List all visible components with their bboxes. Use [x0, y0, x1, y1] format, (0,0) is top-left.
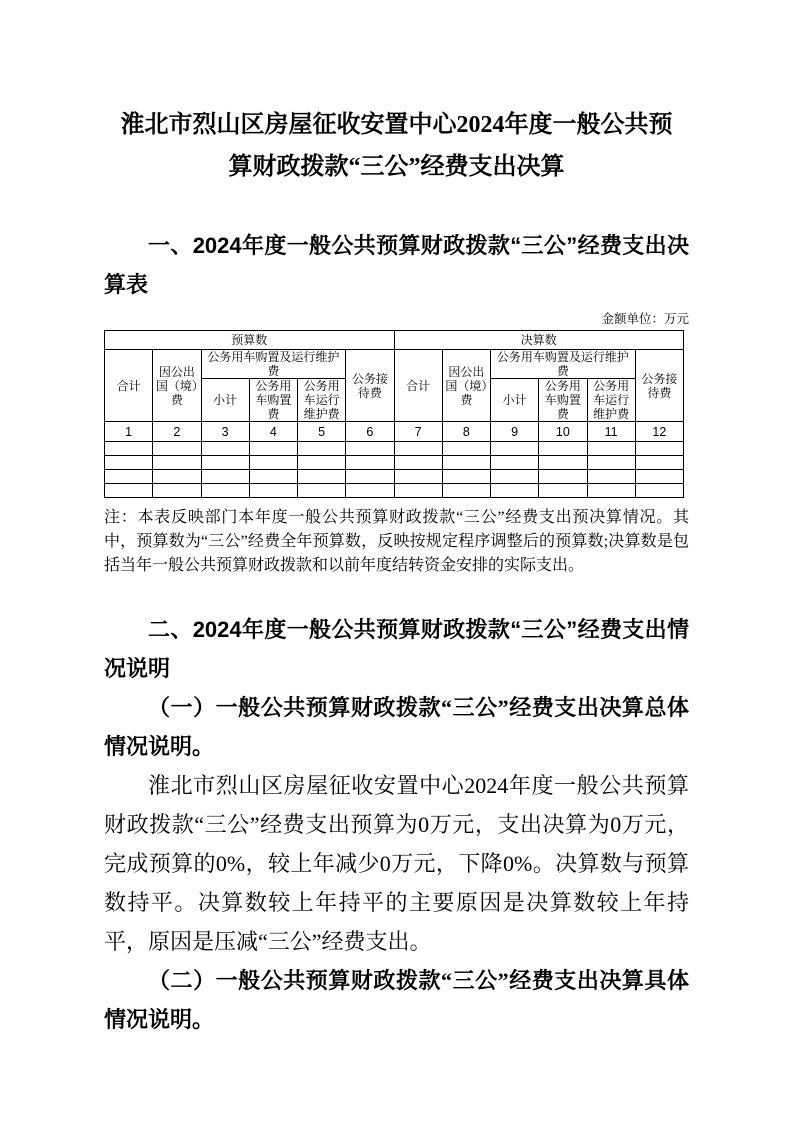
- table-empty-cell: [105, 470, 153, 484]
- column-index: 9: [491, 422, 539, 442]
- document-title-line-1: 淮北市烈山区房屋征收安置中心2024年度一般公共预: [110, 104, 684, 146]
- table-empty-cell: [394, 442, 442, 456]
- table-empty-cell: [105, 484, 153, 498]
- table-empty-cell: [201, 470, 249, 484]
- table-empty-cell: [539, 456, 587, 470]
- column-index: 1: [105, 422, 153, 442]
- table-empty-cell: [346, 456, 394, 470]
- table-empty-cell: [105, 442, 153, 456]
- table-empty-cell: [635, 484, 683, 498]
- table-empty-cell: [539, 442, 587, 456]
- column-index: 10: [539, 422, 587, 442]
- section-2-sub2-heading: （二）一般公共预算财政拨款“三公”经费支出决算具体情况说明。: [104, 961, 689, 1039]
- table-empty-cell: [298, 484, 346, 498]
- budget-abroad-header: 因公出国（境）费: [153, 350, 201, 422]
- table-empty-cell: [587, 456, 635, 470]
- table-empty-cell: [491, 470, 539, 484]
- budget-group-header: 预算数: [105, 331, 395, 350]
- table-empty-cell: [153, 470, 201, 484]
- table-empty-cell: [298, 470, 346, 484]
- budget-reception-header: 公务接待费: [346, 350, 394, 422]
- table-group-header-row: 预算数 决算数: [105, 331, 684, 350]
- column-index: 12: [635, 422, 683, 442]
- table-empty-cell: [201, 456, 249, 470]
- document-page: 淮北市烈山区房屋征收安置中心2024年度一般公共预 算财政拨款“三公”经费支出决…: [0, 0, 793, 1122]
- table-empty-cell: [346, 470, 394, 484]
- table-empty-row: [105, 442, 684, 456]
- table-empty-cell: [587, 470, 635, 484]
- table-empty-cell: [539, 470, 587, 484]
- section-1-heading: 一、2024年度一般公共预算财政拨款“三公”经费支出决算表: [104, 226, 689, 304]
- section-2-heading: 二、2024年度一般公共预算财政拨款“三公”经费支出情况说明: [104, 610, 689, 688]
- column-index: 11: [587, 422, 635, 442]
- table-empty-cell: [635, 442, 683, 456]
- budget-purchase-header: 公务用车购置费: [249, 379, 297, 422]
- table-empty-row: [105, 470, 684, 484]
- amount-unit-label: 金额单位：万元: [104, 310, 689, 328]
- final-subtotal-header: 小计: [491, 379, 539, 422]
- table-empty-cell: [394, 470, 442, 484]
- overall-situation-paragraph: 淮北市烈山区房屋征收安置中心2024年度一般公共预算财政拨款“三公”经费支出预算…: [104, 766, 689, 961]
- table-empty-cell: [346, 484, 394, 498]
- table-empty-cell: [249, 484, 297, 498]
- three-public-expense-table: 预算数 决算数 合计 因公出国（境）费 公务用车购置及运行维护费 公务接待费 合…: [104, 330, 684, 498]
- table-note: 注：本表反映部门本年度一般公共预算财政拨款“三公”经费支出预决算情况。其中，预算…: [104, 506, 689, 578]
- table-empty-cell: [491, 442, 539, 456]
- table-empty-cell: [635, 456, 683, 470]
- table-empty-cell: [539, 484, 587, 498]
- table-empty-cell: [442, 442, 490, 456]
- final-vehicle-group-header: 公务用车购置及运行维护费: [491, 350, 636, 379]
- table-empty-cell: [249, 470, 297, 484]
- table-empty-cell: [201, 442, 249, 456]
- final-maintenance-header: 公务用车运行维护费: [587, 379, 635, 422]
- table-empty-cell: [105, 456, 153, 470]
- table-empty-cell: [587, 442, 635, 456]
- budget-vehicle-group-header: 公务用车购置及运行维护费: [201, 350, 346, 379]
- table-empty-cell: [442, 456, 490, 470]
- table-empty-cell: [394, 484, 442, 498]
- budget-maintenance-header: 公务用车运行维护费: [298, 379, 346, 422]
- table-empty-cell: [442, 484, 490, 498]
- final-purchase-header: 公务用车购置费: [539, 379, 587, 422]
- table-empty-cell: [249, 442, 297, 456]
- table-empty-cell: [346, 442, 394, 456]
- column-index: 8: [442, 422, 490, 442]
- table-empty-cell: [298, 442, 346, 456]
- final-reception-header: 公务接待费: [635, 350, 683, 422]
- table-empty-cell: [442, 470, 490, 484]
- column-index: 5: [298, 422, 346, 442]
- table-empty-cell: [153, 484, 201, 498]
- final-total-header: 合计: [394, 350, 442, 422]
- table-empty-cell: [635, 470, 683, 484]
- column-index: 7: [394, 422, 442, 442]
- table-column-index-row: 1 2 3 4 5 6 7 8 9 10 11 12: [105, 422, 684, 442]
- column-index: 3: [201, 422, 249, 442]
- column-index: 2: [153, 422, 201, 442]
- column-index: 4: [249, 422, 297, 442]
- table-header-row-upper: 合计 因公出国（境）费 公务用车购置及运行维护费 公务接待费 合计 因公出国（境…: [105, 350, 684, 379]
- final-abroad-header: 因公出国（境）费: [442, 350, 490, 422]
- table-empty-cell: [201, 484, 249, 498]
- column-index: 6: [346, 422, 394, 442]
- document-title-line-2: 算财政拨款“三公”经费支出决算: [110, 146, 684, 188]
- table-empty-cell: [491, 456, 539, 470]
- budget-total-header: 合计: [105, 350, 153, 422]
- table-empty-cell: [249, 456, 297, 470]
- table-empty-cell: [491, 484, 539, 498]
- table-empty-row: [105, 456, 684, 470]
- table-empty-cell: [298, 456, 346, 470]
- final-group-header: 决算数: [394, 331, 684, 350]
- section-2-sub1-heading: （一）一般公共预算财政拨款“三公”经费支出决算总体情况说明。: [104, 688, 689, 766]
- table-empty-cell: [153, 442, 201, 456]
- table-empty-cell: [153, 456, 201, 470]
- budget-subtotal-header: 小计: [201, 379, 249, 422]
- table-empty-cell: [394, 456, 442, 470]
- document-title: 淮北市烈山区房屋征收安置中心2024年度一般公共预 算财政拨款“三公”经费支出决…: [110, 104, 684, 188]
- table-empty-row: [105, 484, 684, 498]
- table-empty-cell: [587, 484, 635, 498]
